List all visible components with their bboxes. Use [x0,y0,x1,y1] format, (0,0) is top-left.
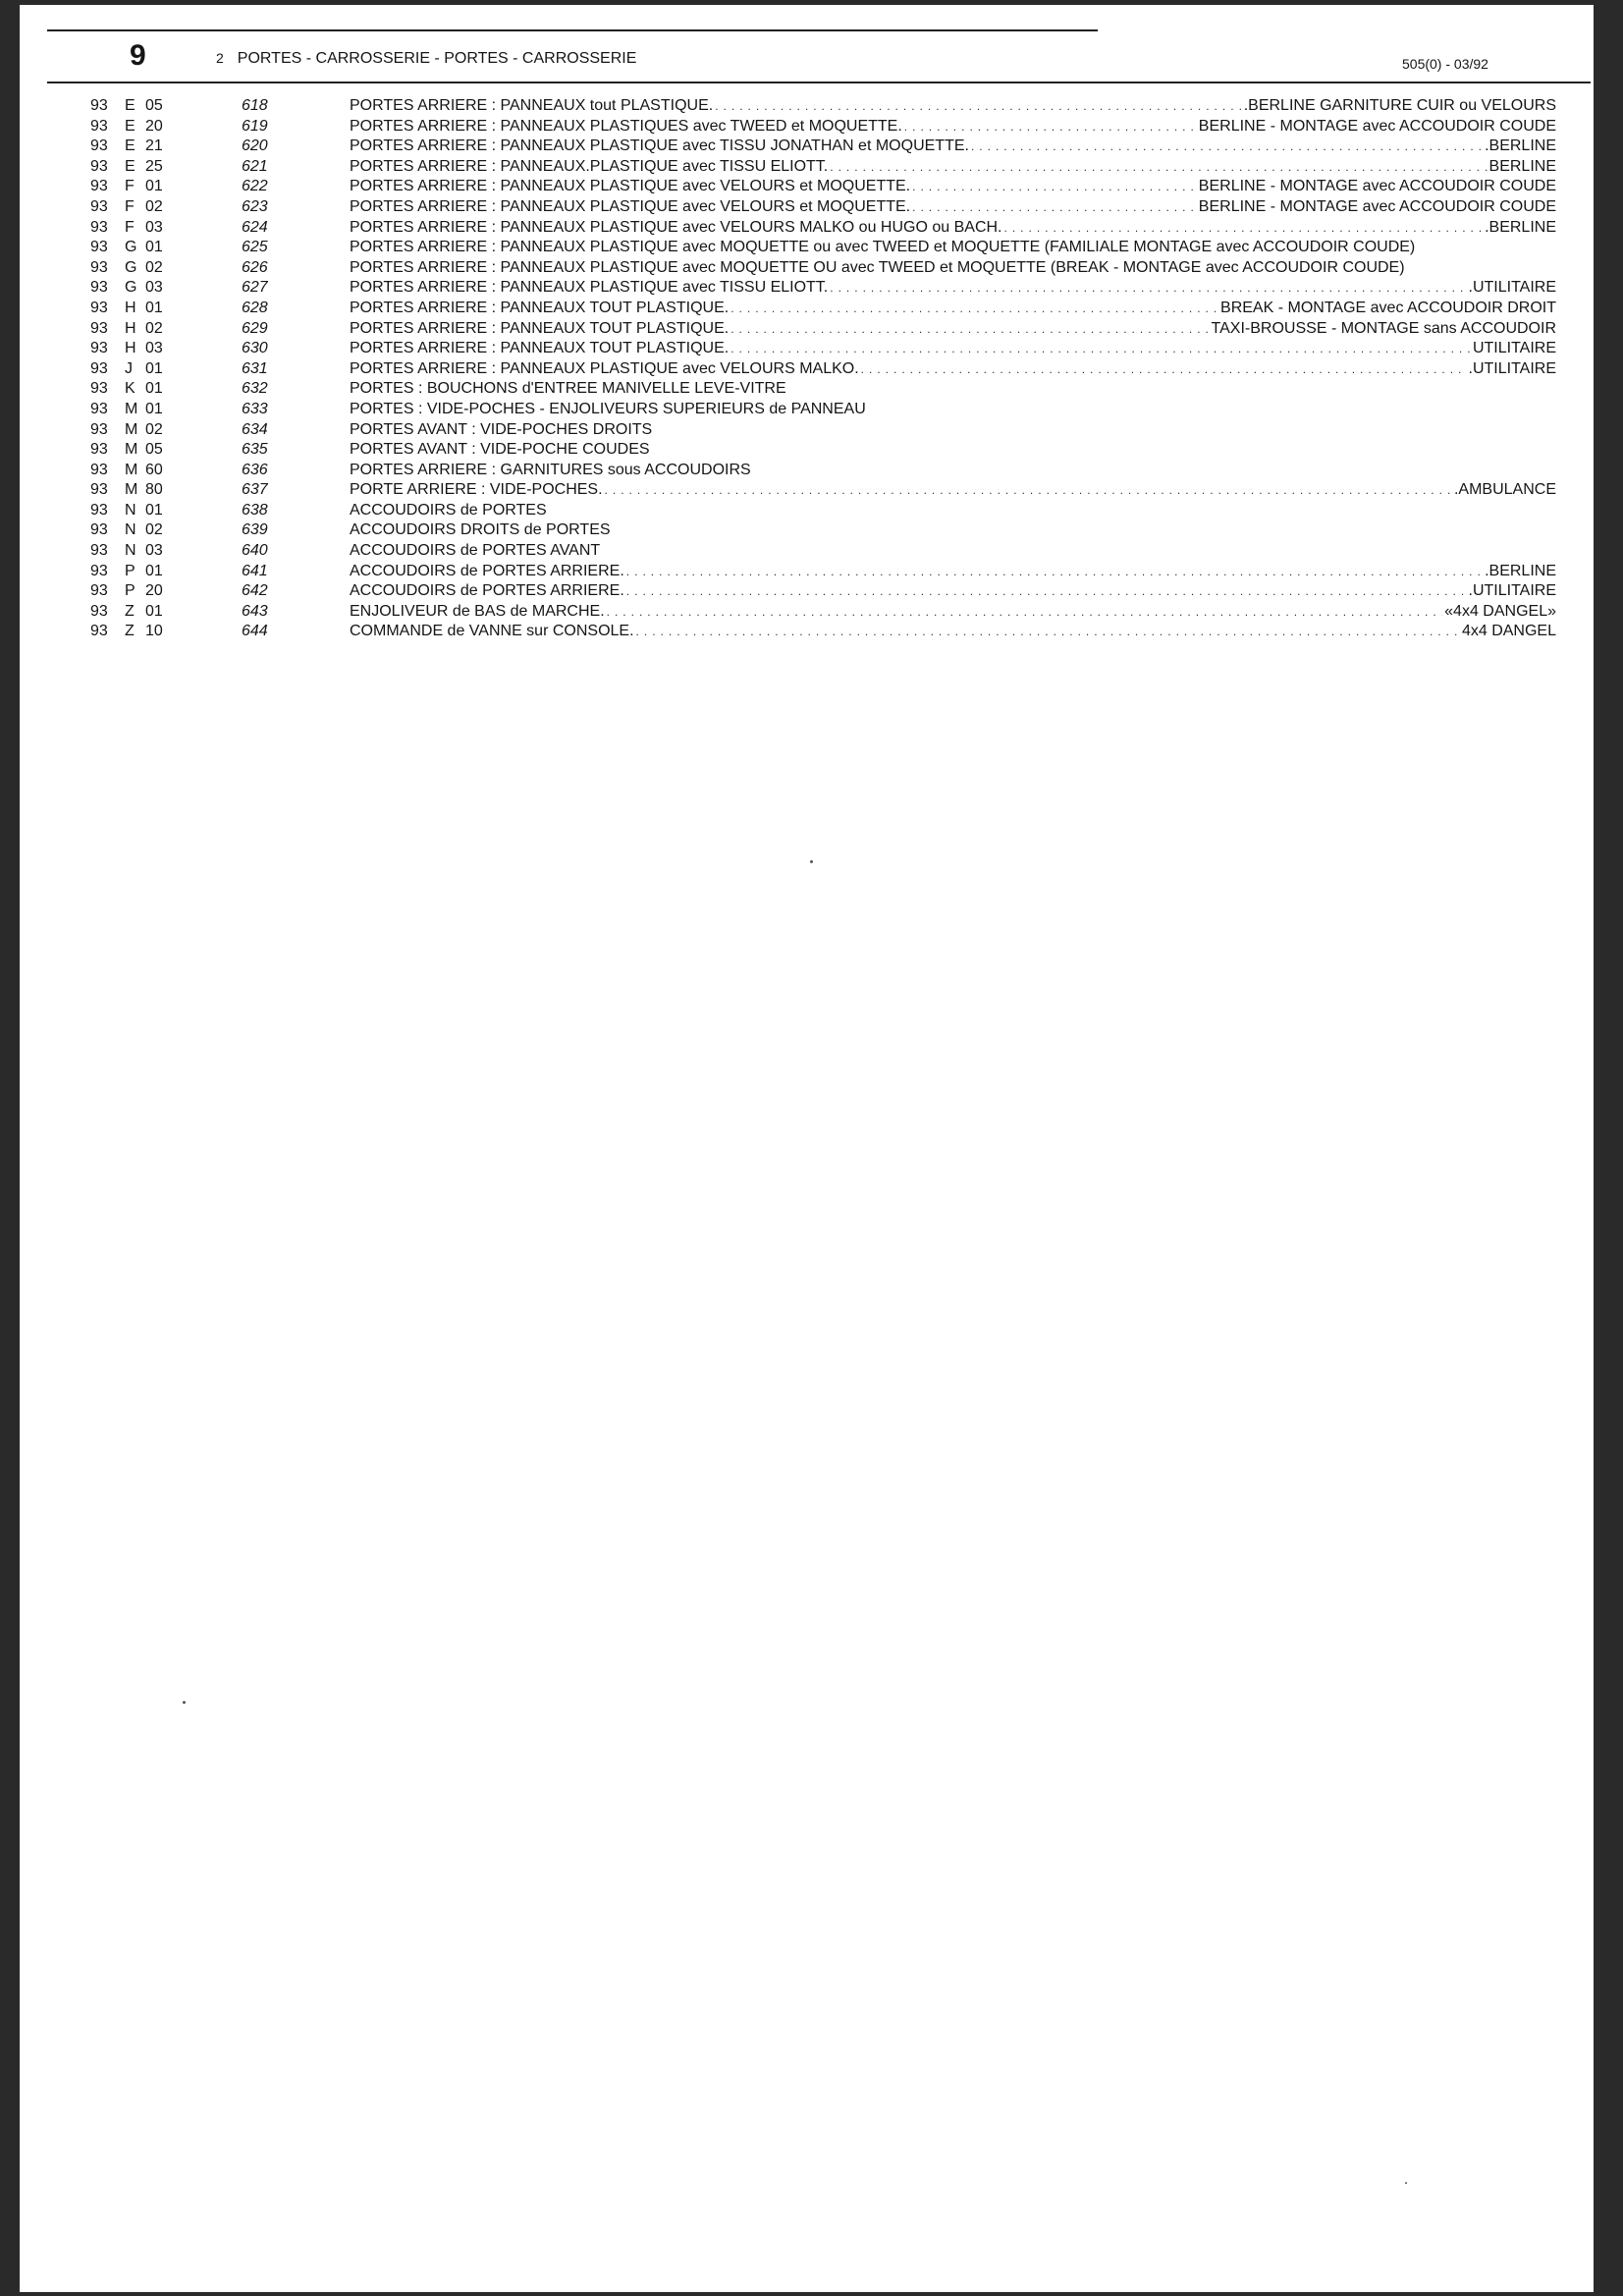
code-group: Z [125,602,135,623]
header-title-text: PORTES - CARROSSERIE - PORTES - CARROSSE… [238,50,637,67]
description: PORTES ARRIERE : PANNEAUX PLASTIQUE avec… [350,197,1556,218]
description-text: PORTES ARRIERE : PANNEAUX TOUT PLASTIQUE… [350,319,729,340]
code-number: 03 [145,218,163,239]
description: PORTES : BOUCHONS d'ENTREE MANIVELLE LEV… [350,379,1556,400]
description: COMMANDE de VANNE sur CONSOLE...........… [350,622,1556,642]
dot-leader: ........................................… [730,339,1471,359]
description-text: PORTES ARRIERE : PANNEAUX tout PLASTIQUE… [350,96,713,117]
list-item[interactable]: 93F03624PORTES ARRIERE : PANNEAUX PLASTI… [20,218,1594,239]
description-text: PORTE ARRIERE : VIDE-POCHES. [350,480,603,501]
list-item[interactable]: 93P01641ACCOUDOIRS de PORTES ARRIERE....… [20,562,1594,582]
dot-leader: ........................................… [715,96,1242,117]
code-group: P [125,562,135,582]
code-number: 20 [145,581,163,602]
description-text: PORTES : BOUCHONS d'ENTREE MANIVELLE LEV… [350,379,786,400]
code-number: 01 [145,602,163,623]
description: PORTES ARRIERE : PANNEAUX PLASTIQUE avec… [350,278,1556,299]
page-number: 632 [242,379,268,400]
list-item[interactable]: 93E25621PORTES ARRIERE : PANNEAUX.PLASTI… [20,157,1594,178]
description: PORTES ARRIERE : PANNEAUX PLASTIQUE avec… [350,177,1556,197]
code-group: J [125,359,133,380]
description: PORTES ARRIERE : PANNEAUX PLASTIQUE avec… [350,137,1556,157]
description: ACCOUDOIRS de PORTES AVANT [350,541,1556,562]
code-group: M [125,480,137,501]
list-item[interactable]: 93E05618PORTES ARRIERE : PANNEAUX tout P… [20,96,1594,117]
description: PORTES ARRIERE : PANNEAUX PLASTIQUE avec… [350,238,1556,258]
page-number: 622 [242,177,268,197]
page-number: 619 [242,117,268,137]
code-number: 03 [145,541,163,562]
list-item[interactable]: 93G01625PORTES ARRIERE : PANNEAUX PLASTI… [20,238,1594,258]
dot-leader: ........................................… [636,622,1460,642]
code-prefix: 93 [90,258,108,279]
list-item[interactable]: 93G02626PORTES ARRIERE : PANNEAUX PLASTI… [20,258,1594,279]
page-number: 629 [242,319,268,340]
dot-leader: ........................................… [912,197,1197,218]
list-item[interactable]: 93F01622PORTES ARRIERE : PANNEAUX PLASTI… [20,177,1594,197]
code-group: G [125,278,136,299]
page-number: 633 [242,400,268,420]
code-group: Z [125,622,135,642]
list-item[interactable]: 93M02634PORTES AVANT : VIDE-POCHES DROIT… [20,420,1594,441]
description: PORTES AVANT : VIDE-POCHES DROITS [350,420,1556,441]
code-group: F [125,218,135,239]
page-number: 628 [242,299,268,319]
code-prefix: 93 [90,541,108,562]
page-number: 630 [242,339,268,359]
code-prefix: 93 [90,581,108,602]
code-prefix: 93 [90,461,108,481]
list-item[interactable]: 93N03640ACCOUDOIRS de PORTES AVANT [20,541,1594,562]
code-group: H [125,319,136,340]
list-item[interactable]: 93J01631PORTES ARRIERE : PANNEAUX PLASTI… [20,359,1594,380]
header-bottom-rule [47,82,1591,83]
scan-speck [183,1701,186,1704]
description-text: ACCOUDOIRS de PORTES ARRIERE. [350,581,624,602]
code-group: M [125,400,137,420]
code-group: P [125,581,135,602]
description-text: PORTES AVANT : VIDE-POCHE COUDES [350,440,650,461]
code-prefix: 93 [90,319,108,340]
page-number: 642 [242,581,268,602]
description-text: PORTES ARRIERE : PANNEAUX PLASTIQUE avec… [350,258,1405,279]
document-page: 9 2PORTES - CARROSSERIE - PORTES - CARRO… [20,5,1594,2292]
code-group: E [125,96,135,117]
code-number: 02 [145,420,163,441]
code-number: 01 [145,400,163,420]
code-prefix: 93 [90,339,108,359]
dot-leader: ........................................… [626,562,1483,582]
description-text: PORTES ARRIERE : PANNEAUX PLASTIQUES ave… [350,117,902,137]
list-item[interactable]: 93H02629PORTES ARRIERE : PANNEAUX TOUT P… [20,319,1594,340]
dot-leader: ........................................… [904,117,1197,137]
variant-label: .AMBULANCE [1454,480,1556,501]
page-number: 637 [242,480,268,501]
code-prefix: 93 [90,622,108,642]
code-number: 02 [145,319,163,340]
page-number: 626 [242,258,268,279]
variant-label: «4x4 DANGEL» [1444,602,1556,623]
list-item[interactable]: 93Z10644COMMANDE de VANNE sur CONSOLE...… [20,622,1594,642]
variant-label: .UTILITAIRE [1469,359,1557,380]
description-text: ACCOUDOIRS de PORTES AVANT [350,541,600,562]
code-prefix: 93 [90,96,108,117]
code-group: G [125,238,136,258]
variant-label: .BERLINE GARNITURE CUIR ou VELOURS [1244,96,1556,117]
code-prefix: 93 [90,177,108,197]
variant-label: .BERLINE [1485,562,1556,582]
description: PORTES ARRIERE : PANNEAUX.PLASTIQUE avec… [350,157,1556,178]
description-text: ACCOUDOIRS DROITS de PORTES [350,520,611,541]
description: PORTES ARRIERE : PANNEAUX PLASTIQUE avec… [350,258,1556,279]
variant-label: BERLINE [1489,157,1556,178]
list-item[interactable]: 93H03630PORTES ARRIERE : PANNEAUX TOUT P… [20,339,1594,359]
dot-leader: ........................................… [861,359,1467,380]
header-top-rule [47,29,1098,31]
dot-leader: ........................................… [830,278,1466,299]
page-number: 643 [242,602,268,623]
page-number: 636 [242,461,268,481]
page-number: 644 [242,622,268,642]
page-number: 631 [242,359,268,380]
code-number: 80 [145,480,163,501]
dot-leader: ........................................… [730,319,1209,340]
description: PORTES ARRIERE : PANNEAUX TOUT PLASTIQUE… [350,339,1556,359]
document-reference: 505(0) - 03/92 [1402,57,1488,71]
code-number: 01 [145,177,163,197]
dot-leader: ........................................… [626,581,1467,602]
variant-label: 4x4 DANGEL [1462,622,1556,642]
variant-label: TAXI-BROUSSE - MONTAGE sans ACCOUDOIR [1212,319,1556,340]
page-number: 623 [242,197,268,218]
page-number: 638 [242,501,268,521]
description: ACCOUDOIRS de PORTES ARRIERE............… [350,581,1556,602]
description-text: PORTES ARRIERE : PANNEAUX PLASTIQUE avec… [350,218,1002,239]
dot-leader: ........................................… [607,602,1443,623]
description-text: ENJOLIVEUR de BAS de MARCHE. [350,602,605,623]
description: PORTE ARRIERE : VIDE-POCHES.............… [350,480,1556,501]
list-item[interactable]: 93G03627PORTES ARRIERE : PANNEAUX PLASTI… [20,278,1594,299]
description: PORTES AVANT : VIDE-POCHE COUDES [350,440,1556,461]
code-number: 01 [145,501,163,521]
description: PORTES ARRIERE : GARNITURES sous ACCOUDO… [350,461,1556,481]
variant-label: .BERLINE [1485,218,1556,239]
code-number: 01 [145,299,163,319]
description: ACCOUDOIRS DROITS de PORTES [350,520,1556,541]
code-number: 21 [145,137,163,157]
description-text: PORTES ARRIERE : PANNEAUX PLASTIQUE avec… [350,197,910,218]
list-item[interactable]: 93N01638ACCOUDOIRS de PORTES [20,501,1594,521]
description: PORTES ARRIERE : PANNEAUX tout PLASTIQUE… [350,96,1556,117]
variant-label: .BERLINE [1485,137,1556,157]
description: ACCOUDOIRS de PORTES [350,501,1556,521]
description-text: PORTES ARRIERE : PANNEAUX PLASTIQUE avec… [350,177,910,197]
code-prefix: 93 [90,359,108,380]
code-group: H [125,339,136,359]
code-prefix: 93 [90,137,108,157]
variant-label: .UTILITAIRE [1469,581,1557,602]
code-group: F [125,197,135,218]
list-item[interactable]: 93P20642ACCOUDOIRS de PORTES ARRIERE....… [20,581,1594,602]
code-number: 20 [145,117,163,137]
code-number: 25 [145,157,163,178]
dot-leader: ........................................… [912,177,1197,197]
code-number: 01 [145,562,163,582]
code-group: N [125,541,136,562]
dot-leader: ........................................… [1004,218,1484,239]
page-number: 640 [242,541,268,562]
code-group: K [125,379,135,400]
scan-speck [1405,2182,1407,2184]
list-item[interactable]: 93M05635PORTES AVANT : VIDE-POCHE COUDES [20,440,1594,461]
page-number: 634 [242,420,268,441]
description-text: PORTES ARRIERE : PANNEAUX TOUT PLASTIQUE… [350,339,729,359]
code-group: H [125,299,136,319]
page-number: 635 [242,440,268,461]
list-item[interactable]: 93H01628PORTES ARRIERE : PANNEAUX TOUT P… [20,299,1594,319]
code-number: 01 [145,359,163,380]
list-item[interactable]: 93Z01643ENJOLIVEUR de BAS de MARCHE.....… [20,602,1594,623]
code-prefix: 93 [90,278,108,299]
code-number: 03 [145,278,163,299]
list-item[interactable]: 93M01633PORTES : VIDE-POCHES - ENJOLIVEU… [20,400,1594,420]
code-number: 05 [145,440,163,461]
variant-label: BERLINE - MONTAGE avec ACCOUDOIR COUDE [1199,177,1556,197]
list-item[interactable]: 93E20619PORTES ARRIERE : PANNEAUX PLASTI… [20,117,1594,137]
code-number: 01 [145,379,163,400]
code-prefix: 93 [90,299,108,319]
code-prefix: 93 [90,562,108,582]
variant-label: UTILITAIRE [1473,339,1556,359]
description-text: COMMANDE de VANNE sur CONSOLE. [350,622,634,642]
list-item[interactable]: 93F02623PORTES ARRIERE : PANNEAUX PLASTI… [20,197,1594,218]
code-number: 02 [145,258,163,279]
list-item[interactable]: 93N02639ACCOUDOIRS DROITS de PORTES [20,520,1594,541]
code-number: 05 [145,96,163,117]
code-prefix: 93 [90,400,108,420]
variant-label: BREAK - MONTAGE avec ACCOUDOIR DROIT [1220,299,1556,319]
code-prefix: 93 [90,501,108,521]
code-group: M [125,420,137,441]
code-prefix: 93 [90,440,108,461]
section-number: 9 [130,41,146,71]
code-prefix: 93 [90,197,108,218]
description: ENJOLIVEUR de BAS de MARCHE.............… [350,602,1556,623]
code-group: N [125,520,136,541]
dot-leader: ........................................… [730,299,1218,319]
code-group: G [125,258,136,279]
code-prefix: 93 [90,520,108,541]
description-text: PORTES ARRIERE : PANNEAUX PLASTIQUE avec… [350,137,969,157]
subsection-number: 2 [216,50,224,66]
dot-leader: ........................................… [830,157,1487,178]
code-prefix: 93 [90,117,108,137]
description-text: PORTES ARRIERE : PANNEAUX.PLASTIQUE avec… [350,157,828,178]
dot-leader: ........................................… [971,137,1483,157]
description: PORTES ARRIERE : PANNEAUX PLASTIQUE avec… [350,359,1556,380]
page-number: 620 [242,137,268,157]
description-text: PORTES AVANT : VIDE-POCHES DROITS [350,420,652,441]
description-text: PORTES : VIDE-POCHES - ENJOLIVEURS SUPER… [350,400,866,420]
description: PORTES ARRIERE : PANNEAUX TOUT PLASTIQUE… [350,299,1556,319]
list-item[interactable]: 93K01632PORTES : BOUCHONS d'ENTREE MANIV… [20,379,1594,400]
description-text: PORTES ARRIERE : PANNEAUX PLASTIQUE avec… [350,238,1415,258]
description-text: PORTES ARRIERE : PANNEAUX PLASTIQUE avec… [350,278,828,299]
page-number: 618 [242,96,268,117]
scan-speck [810,860,813,863]
description-text: PORTES ARRIERE : PANNEAUX PLASTIQUE avec… [350,359,859,380]
code-prefix: 93 [90,238,108,258]
description: ACCOUDOIRS de PORTES ARRIERE............… [350,562,1556,582]
code-number: 03 [145,339,163,359]
description: PORTES ARRIERE : PANNEAUX TOUT PLASTIQUE… [350,319,1556,340]
code-number: 60 [145,461,163,481]
page-number: 641 [242,562,268,582]
page-number: 624 [242,218,268,239]
code-number: 10 [145,622,163,642]
code-prefix: 93 [90,218,108,239]
variant-label: .UTILITAIRE [1469,278,1557,299]
description-text: ACCOUDOIRS de PORTES [350,501,547,521]
list-item[interactable]: 93M80637PORTE ARRIERE : VIDE-POCHES.....… [20,480,1594,501]
dot-leader: ........................................… [605,480,1452,501]
code-group: E [125,157,135,178]
description: PORTES ARRIERE : PANNEAUX PLASTIQUES ave… [350,117,1556,137]
variant-label: BERLINE - MONTAGE avec ACCOUDOIR COUDE [1199,197,1556,218]
list-item[interactable]: 93M60636PORTES ARRIERE : GARNITURES sous… [20,461,1594,481]
code-group: E [125,137,135,157]
page-number: 621 [242,157,268,178]
code-group: E [125,117,135,137]
description-text: PORTES ARRIERE : GARNITURES sous ACCOUDO… [350,461,751,481]
code-number: 01 [145,238,163,258]
description: PORTES : VIDE-POCHES - ENJOLIVEURS SUPER… [350,400,1556,420]
code-group: M [125,440,137,461]
description-text: ACCOUDOIRS de PORTES ARRIERE. [350,562,624,582]
description-text: PORTES ARRIERE : PANNEAUX TOUT PLASTIQUE… [350,299,729,319]
code-prefix: 93 [90,379,108,400]
page-number: 639 [242,520,268,541]
code-group: F [125,177,135,197]
page-number: 625 [242,238,268,258]
code-number: 02 [145,197,163,218]
code-prefix: 93 [90,602,108,623]
page-number: 627 [242,278,268,299]
description: PORTES ARRIERE : PANNEAUX PLASTIQUE avec… [350,218,1556,239]
list-item[interactable]: 93E21620PORTES ARRIERE : PANNEAUX PLASTI… [20,137,1594,157]
header-title: 2PORTES - CARROSSERIE - PORTES - CARROSS… [216,51,636,67]
code-group: N [125,501,136,521]
variant-label: BERLINE - MONTAGE avec ACCOUDOIR COUDE [1199,117,1556,137]
code-prefix: 93 [90,480,108,501]
code-group: M [125,461,137,481]
code-prefix: 93 [90,420,108,441]
code-prefix: 93 [90,157,108,178]
parts-index-list: 93E05618PORTES ARRIERE : PANNEAUX tout P… [20,96,1594,642]
code-number: 02 [145,520,163,541]
